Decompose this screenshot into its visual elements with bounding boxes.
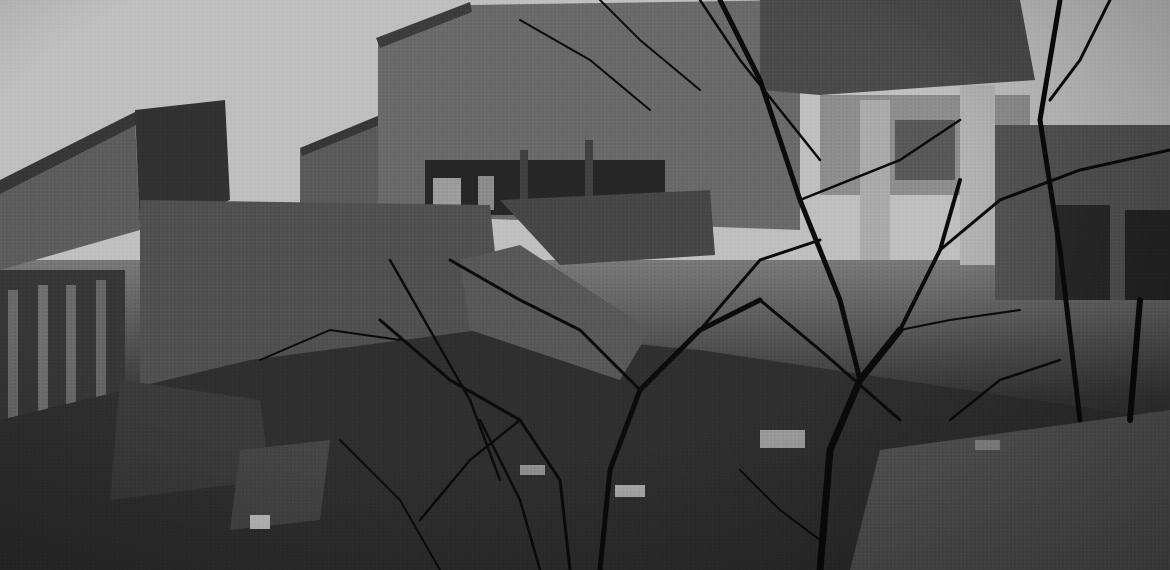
scene xyxy=(0,0,1170,570)
photograph xyxy=(0,0,1170,570)
